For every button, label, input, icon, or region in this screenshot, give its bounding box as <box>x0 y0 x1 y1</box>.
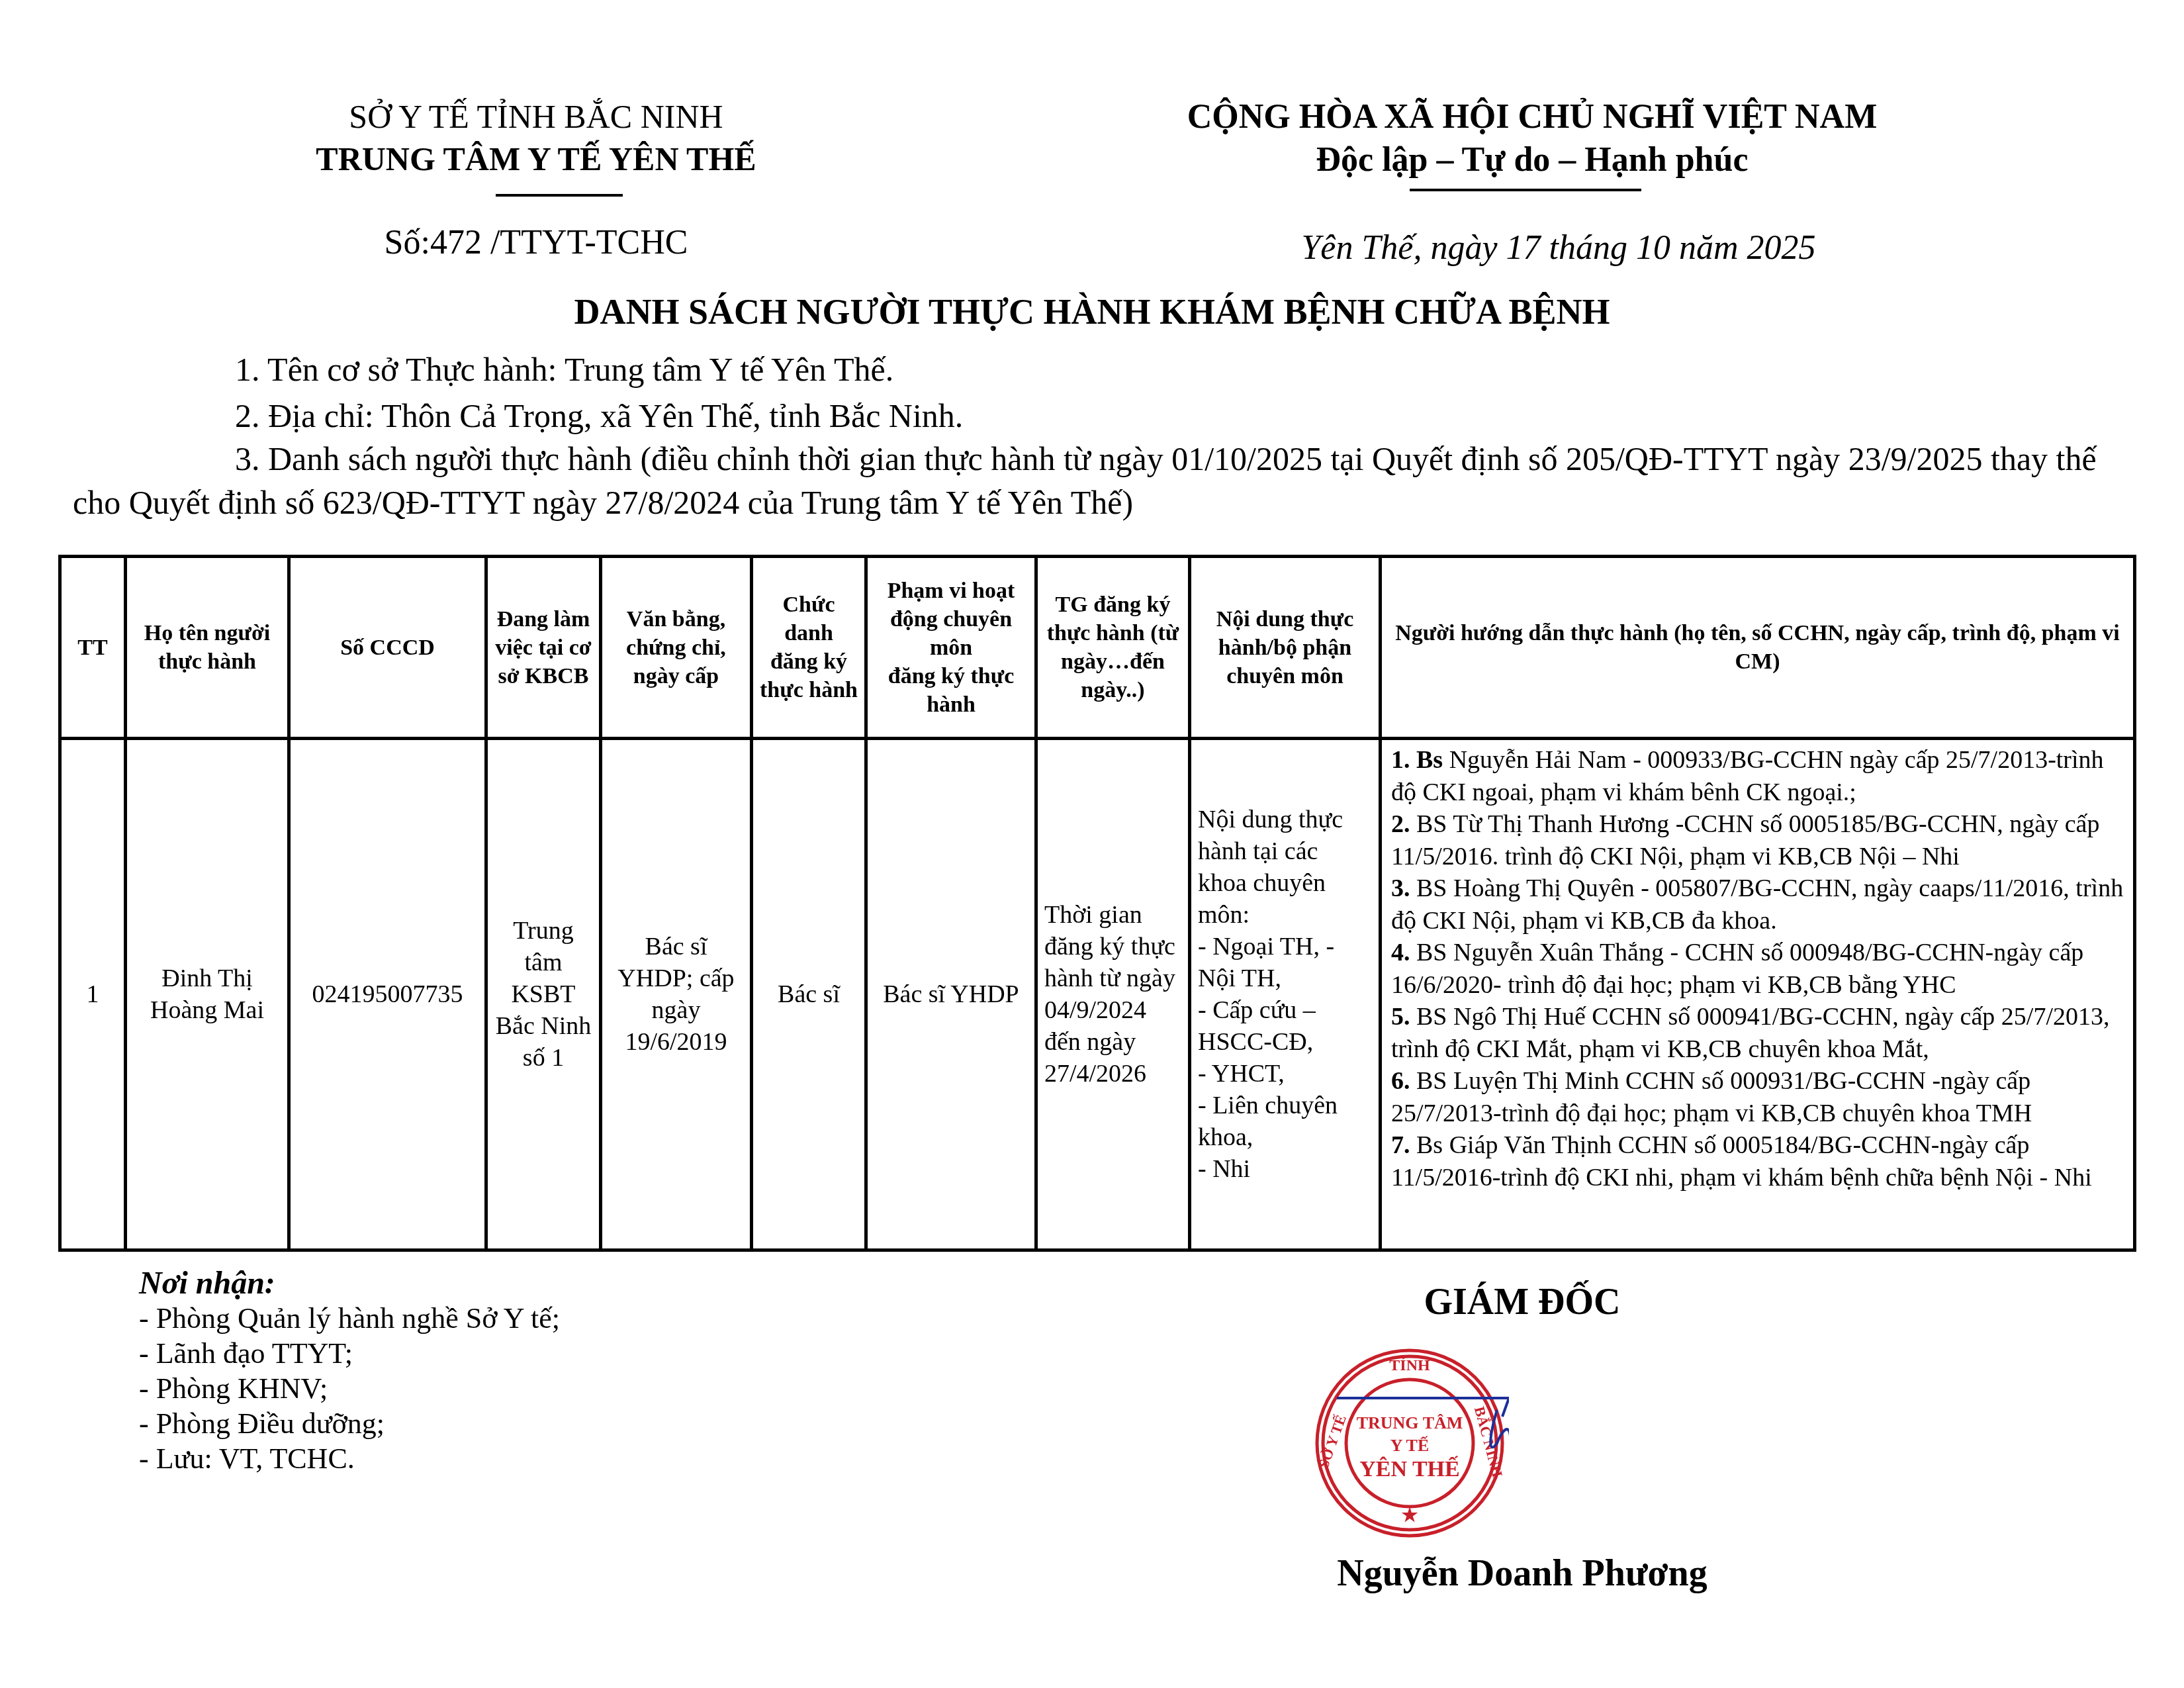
col-header-name: Họ tên người thực hành <box>126 557 289 739</box>
instructor-details: Nguyễn Hải Nam - 000933/BG-CCHN ngày cấp… <box>1391 746 2104 806</box>
unit-underline <box>496 194 623 197</box>
instructor-item: 5. BS Ngô Thị Huế CCHN số 000941/BG-CCHN… <box>1391 1001 2128 1065</box>
cell-instructors: 1. Bs Nguyễn Hải Nam - 000933/BG-CCHN ng… <box>1381 739 2135 1250</box>
cell-title: Bác sĩ <box>752 739 866 1250</box>
issuing-unit: TRUNG TÂM Y TẾ YÊN THẾ <box>218 137 854 181</box>
svg-text:TRUNG TÂM: TRUNG TÂM <box>1357 1413 1463 1432</box>
signature-block: GIÁM ĐỐC TỈNH SỞ Y TẾ BẮC NINH TRUNG TÂM… <box>1291 1281 1754 1323</box>
cell-degree: Bác sĩ YHDP; cấp ngày 19/6/2019 <box>601 739 752 1250</box>
instructor-details: BS Hoàng Thị Quyên - 005807/BG-CCHN, ngà… <box>1391 874 2123 935</box>
col-header-title: Chức danh đăng ký thực hành <box>752 557 866 739</box>
instructor-number: 7. <box>1391 1131 1410 1159</box>
svg-text:YÊN THẾ: YÊN THẾ <box>1359 1456 1459 1481</box>
instructor-item: 2. BS Từ Thị Thanh Hương -CCHN số 000518… <box>1391 808 2128 872</box>
svg-text:TỈNH: TỈNH <box>1389 1357 1430 1374</box>
place-and-date: Yên Thế, ngày 17 tháng 10 năm 2025 <box>1132 228 1985 267</box>
col-header-cccd: Số CCCD <box>289 557 486 739</box>
instructor-number: 1. Bs <box>1391 746 1443 774</box>
instructor-details: BS Luyện Thị Minh CCHN số 000931/BG-CCHN… <box>1391 1067 2032 1127</box>
table-row: 1 Đinh Thị Hoàng Mai 024195007735 Trung … <box>60 739 2135 1250</box>
svg-text:Y TẾ: Y TẾ <box>1390 1436 1430 1455</box>
cell-name: Đinh Thị Hoàng Mai <box>126 739 289 1250</box>
instructor-item: 3. BS Hoàng Thị Quyên - 005807/BG-CCHN, … <box>1391 872 2128 937</box>
instructor-item: 4. BS Nguyễn Xuân Thắng - CCHN số 000948… <box>1391 937 2128 1001</box>
instructor-number: 6. <box>1391 1067 1410 1095</box>
document-number: Số:472 /TTYT-TCHC <box>218 223 854 262</box>
instructor-details: Bs Giáp Văn Thịnh CCHN số 0005184/BG-CCH… <box>1391 1131 2092 1192</box>
instructor-details: BS Nguyễn Xuân Thắng - CCHN số 000948/BG… <box>1391 939 2083 999</box>
cell-tt: 1 <box>60 739 126 1250</box>
nation-name: CỘNG HÒA XÃ HỘI CHỦ NGHĨ VIỆT NAM <box>1105 96 1959 138</box>
parent-agency: SỞ Y TẾ TỈNH BẮC NINH <box>218 96 854 137</box>
instructor-number: 3. <box>1391 874 1410 902</box>
instructor-list: 1. Bs Nguyễn Hải Nam - 000933/BG-CCHN ng… <box>1391 744 2128 1194</box>
signer-name: Nguyễn Doanh Phương <box>1291 1552 1754 1595</box>
facility-address-line: 2. Địa chỉ: Thôn Cả Trọng, xã Yên Thế, t… <box>235 394 963 438</box>
recipient-item: - Phòng Điều dưỡng; <box>139 1406 560 1441</box>
national-motto: Độc lập – Tự do – Hạnh phúc <box>1105 138 1959 182</box>
motto-underline <box>1410 189 1641 191</box>
instructor-item: 1. Bs Nguyễn Hải Nam - 000933/BG-CCHN ng… <box>1391 744 2128 808</box>
cell-period: Thời gian đăng ký thực hành từ ngày 04/9… <box>1036 739 1190 1250</box>
instructor-number: 2. <box>1391 810 1410 838</box>
col-header-scope: Phạm vi hoạt động chuyên môn đăng ký thự… <box>866 557 1036 739</box>
issuing-agency-block: SỞ Y TẾ TỈNH BẮC NINH TRUNG TÂM Y TẾ YÊN… <box>218 96 854 262</box>
document-title: DANH SÁCH NGƯỜI THỰC HÀNH KHÁM BỆNH CHỮA… <box>0 291 2184 332</box>
cell-workplace: Trung tâm KSBT Bắc Ninh số 1 <box>486 739 601 1250</box>
national-header-block: CỘNG HÒA XÃ HỘI CHỦ NGHĨ VIỆT NAM Độc lậ… <box>1105 96 1959 267</box>
cell-content: Nội dung thực hành tại các khoa chuyên m… <box>1190 739 1381 1250</box>
table-header-row: TT Họ tên người thực hành Số CCCD Đang l… <box>60 557 2135 739</box>
signer-role: GIÁM ĐỐC <box>1291 1281 1754 1323</box>
instructor-details: BS Từ Thị Thanh Hương -CCHN số 0005185/B… <box>1391 810 2099 870</box>
col-header-tt: TT <box>60 557 126 739</box>
instructor-item: 6. BS Luyện Thị Minh CCHN số 000931/BG-C… <box>1391 1065 2128 1129</box>
cell-scope: Bác sĩ YHDP <box>866 739 1036 1250</box>
instructor-details: BS Ngô Thị Huế CCHN số 000941/BG-CCHN, n… <box>1391 1003 2109 1063</box>
practitioner-table: TT Họ tên người thực hành Số CCCD Đang l… <box>58 555 2136 1252</box>
official-seal-icon: TỈNH SỞ Y TẾ BẮC NINH TRUNG TÂM Y TẾ YÊN… <box>1310 1344 1509 1542</box>
recipient-item: - Phòng KHNV; <box>139 1371 560 1406</box>
instructor-number: 4. <box>1391 939 1410 966</box>
col-header-period: TG đăng ký thực hành (từ ngày…đến ngày..… <box>1036 557 1190 739</box>
instructor-number: 5. <box>1391 1003 1410 1031</box>
recipient-item: - Phòng Quản lý hành nghề Sở Y tế; <box>139 1301 560 1336</box>
col-header-instructors: Người hướng dẫn thực hành (họ tên, số CC… <box>1381 557 2135 739</box>
recipient-item: - Lưu: VT, TCHC. <box>139 1441 560 1476</box>
svg-text:★: ★ <box>1401 1505 1418 1526</box>
col-header-workplace: Đang làm việc tại cơ sở KBCB <box>486 557 601 739</box>
col-header-content: Nội dung thực hành/bộ phận chuyên môn <box>1190 557 1381 739</box>
recipients-heading: Nơi nhận: <box>139 1266 560 1301</box>
practitioner-list-intro: 3. Danh sách người thực hành (điều chỉnh… <box>73 437 2124 524</box>
recipient-item: - Lãnh đạo TTYT; <box>139 1336 560 1371</box>
facility-name-line: 1. Tên cơ sở Thực hành: Trung tâm Y tế Y… <box>235 348 893 391</box>
recipients-block: Nơi nhận: - Phòng Quản lý hành nghề Sở Y… <box>139 1266 560 1476</box>
cell-cccd: 024195007735 <box>289 739 486 1250</box>
instructor-item: 7. Bs Giáp Văn Thịnh CCHN số 0005184/BG-… <box>1391 1129 2128 1194</box>
col-header-degree: Văn bằng, chứng chỉ, ngày cấp <box>601 557 752 739</box>
